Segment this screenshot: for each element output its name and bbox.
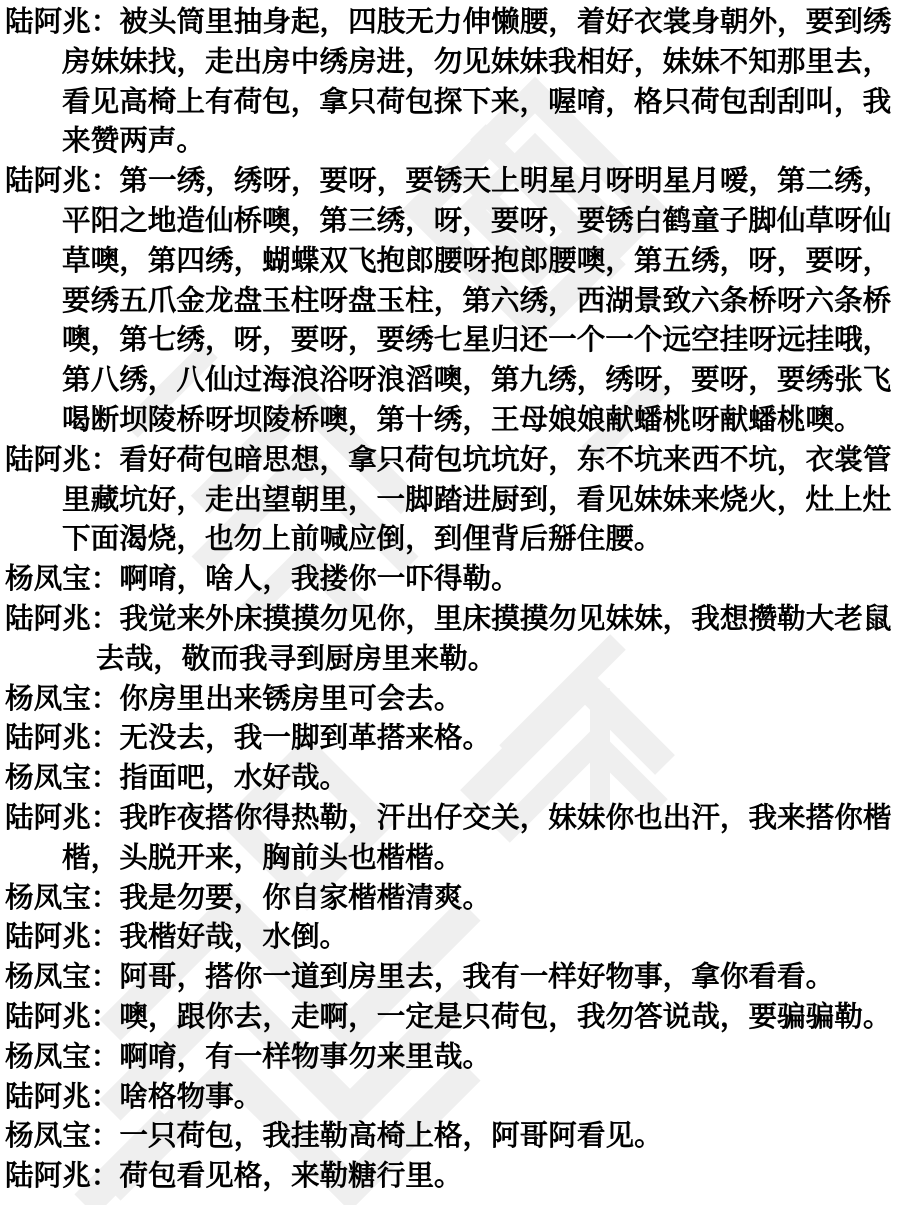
dialogue-line-text: 第一绣，绣呀，要呀，要锈天上明星月呀明星月嗳，第二绣， <box>119 166 891 197</box>
dialogue-line: 杨凤宝：你房里出来锈房里可会去。 <box>5 680 900 720</box>
dialogue-line-text: 我昨夜搭你得热勒，汗出仔交关，妹妹你也出汗，我来搭你楷 <box>119 803 891 834</box>
dialogue-line-text: 你房里出来锈房里可会去。 <box>119 684 462 715</box>
dialogue-line-text: 看好荷包暗思想，拿只荷包坑坑好，东不坑来西不坑，衣裳管 <box>119 445 891 476</box>
dialogue-line: 杨凤宝：啊唷，有一样物事勿来里哉。 <box>5 1038 900 1078</box>
dialogue-line-text: 我觉来外床摸摸勿见你，里床摸摸勿见妹妹，我想攒勒大老鼠 <box>119 604 891 635</box>
dialogue-line-text: 我楷好哉，水倒。 <box>119 922 348 953</box>
dialogue-line-text: 无没去，我一脚到革搭来格。 <box>119 723 491 754</box>
speaker-name: 杨凤宝： <box>5 1121 119 1152</box>
script-page: 陆阿兆：被头筒里抽身起，四肢无力伸懒腰，着好衣裳身朝外，要到绣房妹妹找，走出房中… <box>0 0 900 1205</box>
speaker-name: 陆阿兆： <box>5 803 119 834</box>
speaker-name: 陆阿兆： <box>5 723 119 754</box>
speaker-name: 杨凤宝： <box>5 684 119 715</box>
dialogue-line: 陆阿兆：我昨夜搭你得热勒，汗出仔交关，妹妹你也出汗，我来搭你楷 <box>5 799 900 839</box>
dialogue-line: 陆阿兆：荷包看见格，来勒糖行里。 <box>5 1157 900 1197</box>
dialogue-line-text: 阿哥，搭你一道到房里去，我有一样好物事，拿你看看。 <box>119 962 834 993</box>
dialogue-line-text: 噢，第七绣，呀，要呀，要绣七星归还一个一个远空挂呀远挂哦， <box>62 321 900 361</box>
dialogue-line: 陆阿兆：看好荷包暗思想，拿只荷包坑坑好，东不坑来西不坑，衣裳管 <box>5 441 900 481</box>
dialogue-line-text: 我是勿要，你自家楷楷清爽。 <box>119 883 491 914</box>
speaker-name: 杨凤宝： <box>5 1042 119 1073</box>
speaker-name: 陆阿兆： <box>5 7 119 38</box>
speaker-name: 陆阿兆： <box>5 604 119 635</box>
dialogue-line-text: 啥格物事。 <box>119 1082 262 1113</box>
dialogue-line-text: 楷，头脱开来，胸前头也楷楷。 <box>62 839 900 879</box>
speaker-name: 杨凤宝： <box>5 564 119 595</box>
dialogue-line-text: 被头筒里抽身起，四肢无力伸懒腰，着好衣裳身朝外，要到绣 <box>119 7 891 38</box>
dialogue-line: 陆阿兆：我觉来外床摸摸勿见你，里床摸摸勿见妹妹，我想攒勒大老鼠 <box>5 600 900 640</box>
dialogue-line-text: 草噢，第四绣，蝴蝶双飞抱郎腰呀抱郎腰噢，第五绣，呀，要呀， <box>62 242 900 282</box>
dialogue-line-text: 来赞两声。 <box>62 122 900 162</box>
dialogue-line: 陆阿兆：我楷好哉，水倒。 <box>5 918 900 958</box>
speaker-name: 陆阿兆： <box>5 1161 119 1192</box>
dialogue-line: 陆阿兆：第一绣，绣呀，要呀，要锈天上明星月呀明星月嗳，第二绣， <box>5 162 900 202</box>
dialogue-line-text: 噢，跟你去，走啊，一定是只荷包，我勿答说哉，要骗骗勒。 <box>119 1002 891 1033</box>
dialogue-line-text: 里藏坑好，走出望朝里，一脚踏进厨到，看见妹妹来烧火，灶上灶 <box>62 481 900 521</box>
speaker-name: 陆阿兆： <box>5 922 119 953</box>
dialogue-line: 杨凤宝：我是勿要，你自家楷楷清爽。 <box>5 879 900 919</box>
dialogue-line: 陆阿兆：被头筒里抽身起，四肢无力伸懒腰，着好衣裳身朝外，要到绣 <box>5 3 900 43</box>
dialogue-line: 陆阿兆：噢，跟你去，走啊，一定是只荷包，我勿答说哉，要骗骗勒。 <box>5 998 900 1038</box>
dialogue-line-text: 第八绣，八仙过海浪浴呀浪滔噢，第九绣，绣呀，要呀，要绣张飞 <box>62 361 900 401</box>
speaker-name: 陆阿兆： <box>5 1082 119 1113</box>
dialogue-line: 杨凤宝：啊唷，啥人，我搂你一吓得勒。 <box>5 560 900 600</box>
speaker-name: 陆阿兆： <box>5 445 119 476</box>
dialogue-line: 杨凤宝：一只荷包，我挂勒高椅上格，阿哥阿看见。 <box>5 1117 900 1157</box>
speaker-name: 陆阿兆： <box>5 166 119 197</box>
dialogue-line-text: 指面吧，水好哉。 <box>119 763 348 794</box>
dialogue-line-text: 喝断坝陵桥呀坝陵桥噢，第十绣，王母娘娘献蟠桃呀献蟠桃噢。 <box>62 401 900 441</box>
speaker-name: 杨凤宝： <box>5 883 119 914</box>
dialogue-line: 陆阿兆：无没去，我一脚到革搭来格。 <box>5 719 900 759</box>
dialogue-line-text: 要绣五爪金龙盘玉柱呀盘玉柱，第六绣，西湖景致六条桥呀六条桥 <box>62 282 900 322</box>
dialogue-line-text: 下面渴烧，也勿上前喊应倒，到俚背后掰住腰。 <box>62 520 900 560</box>
dialogue-line-text: 去哉，敬而我寻到厨房里来勒。 <box>96 640 900 680</box>
dialogue-line-text: 啊唷，有一样物事勿来里哉。 <box>119 1042 491 1073</box>
dialogue-line-text: 看见高椅上有荷包，拿只荷包探下来，喔唷，格只荷包刮刮叫，我 <box>62 83 900 123</box>
dialogue-line: 陆阿兆：啥格物事。 <box>5 1078 900 1118</box>
dialogue-text: 陆阿兆：被头筒里抽身起，四肢无力伸懒腰，着好衣裳身朝外，要到绣房妹妹找，走出房中… <box>5 3 900 1197</box>
dialogue-line: 杨凤宝：阿哥，搭你一道到房里去，我有一样好物事，拿你看看。 <box>5 958 900 998</box>
dialogue-line-text: 房妹妹找，走出房中绣房进，勿见妹妹我相好，妹妹不知那里去， <box>62 43 900 83</box>
dialogue-line: 杨凤宝：指面吧，水好哉。 <box>5 759 900 799</box>
dialogue-line-text: 平阳之地造仙桥噢，第三绣，呀，要呀，要锈白鹤童子脚仙草呀仙 <box>62 202 900 242</box>
speaker-name: 杨凤宝： <box>5 763 119 794</box>
dialogue-line-text: 荷包看见格，来勒糖行里。 <box>119 1161 462 1192</box>
dialogue-line-text: 一只荷包，我挂勒高椅上格，阿哥阿看见。 <box>119 1121 662 1152</box>
dialogue-line-text: 啊唷，啥人，我搂你一吓得勒。 <box>119 564 519 595</box>
speaker-name: 陆阿兆： <box>5 1002 119 1033</box>
speaker-name: 杨凤宝： <box>5 962 119 993</box>
